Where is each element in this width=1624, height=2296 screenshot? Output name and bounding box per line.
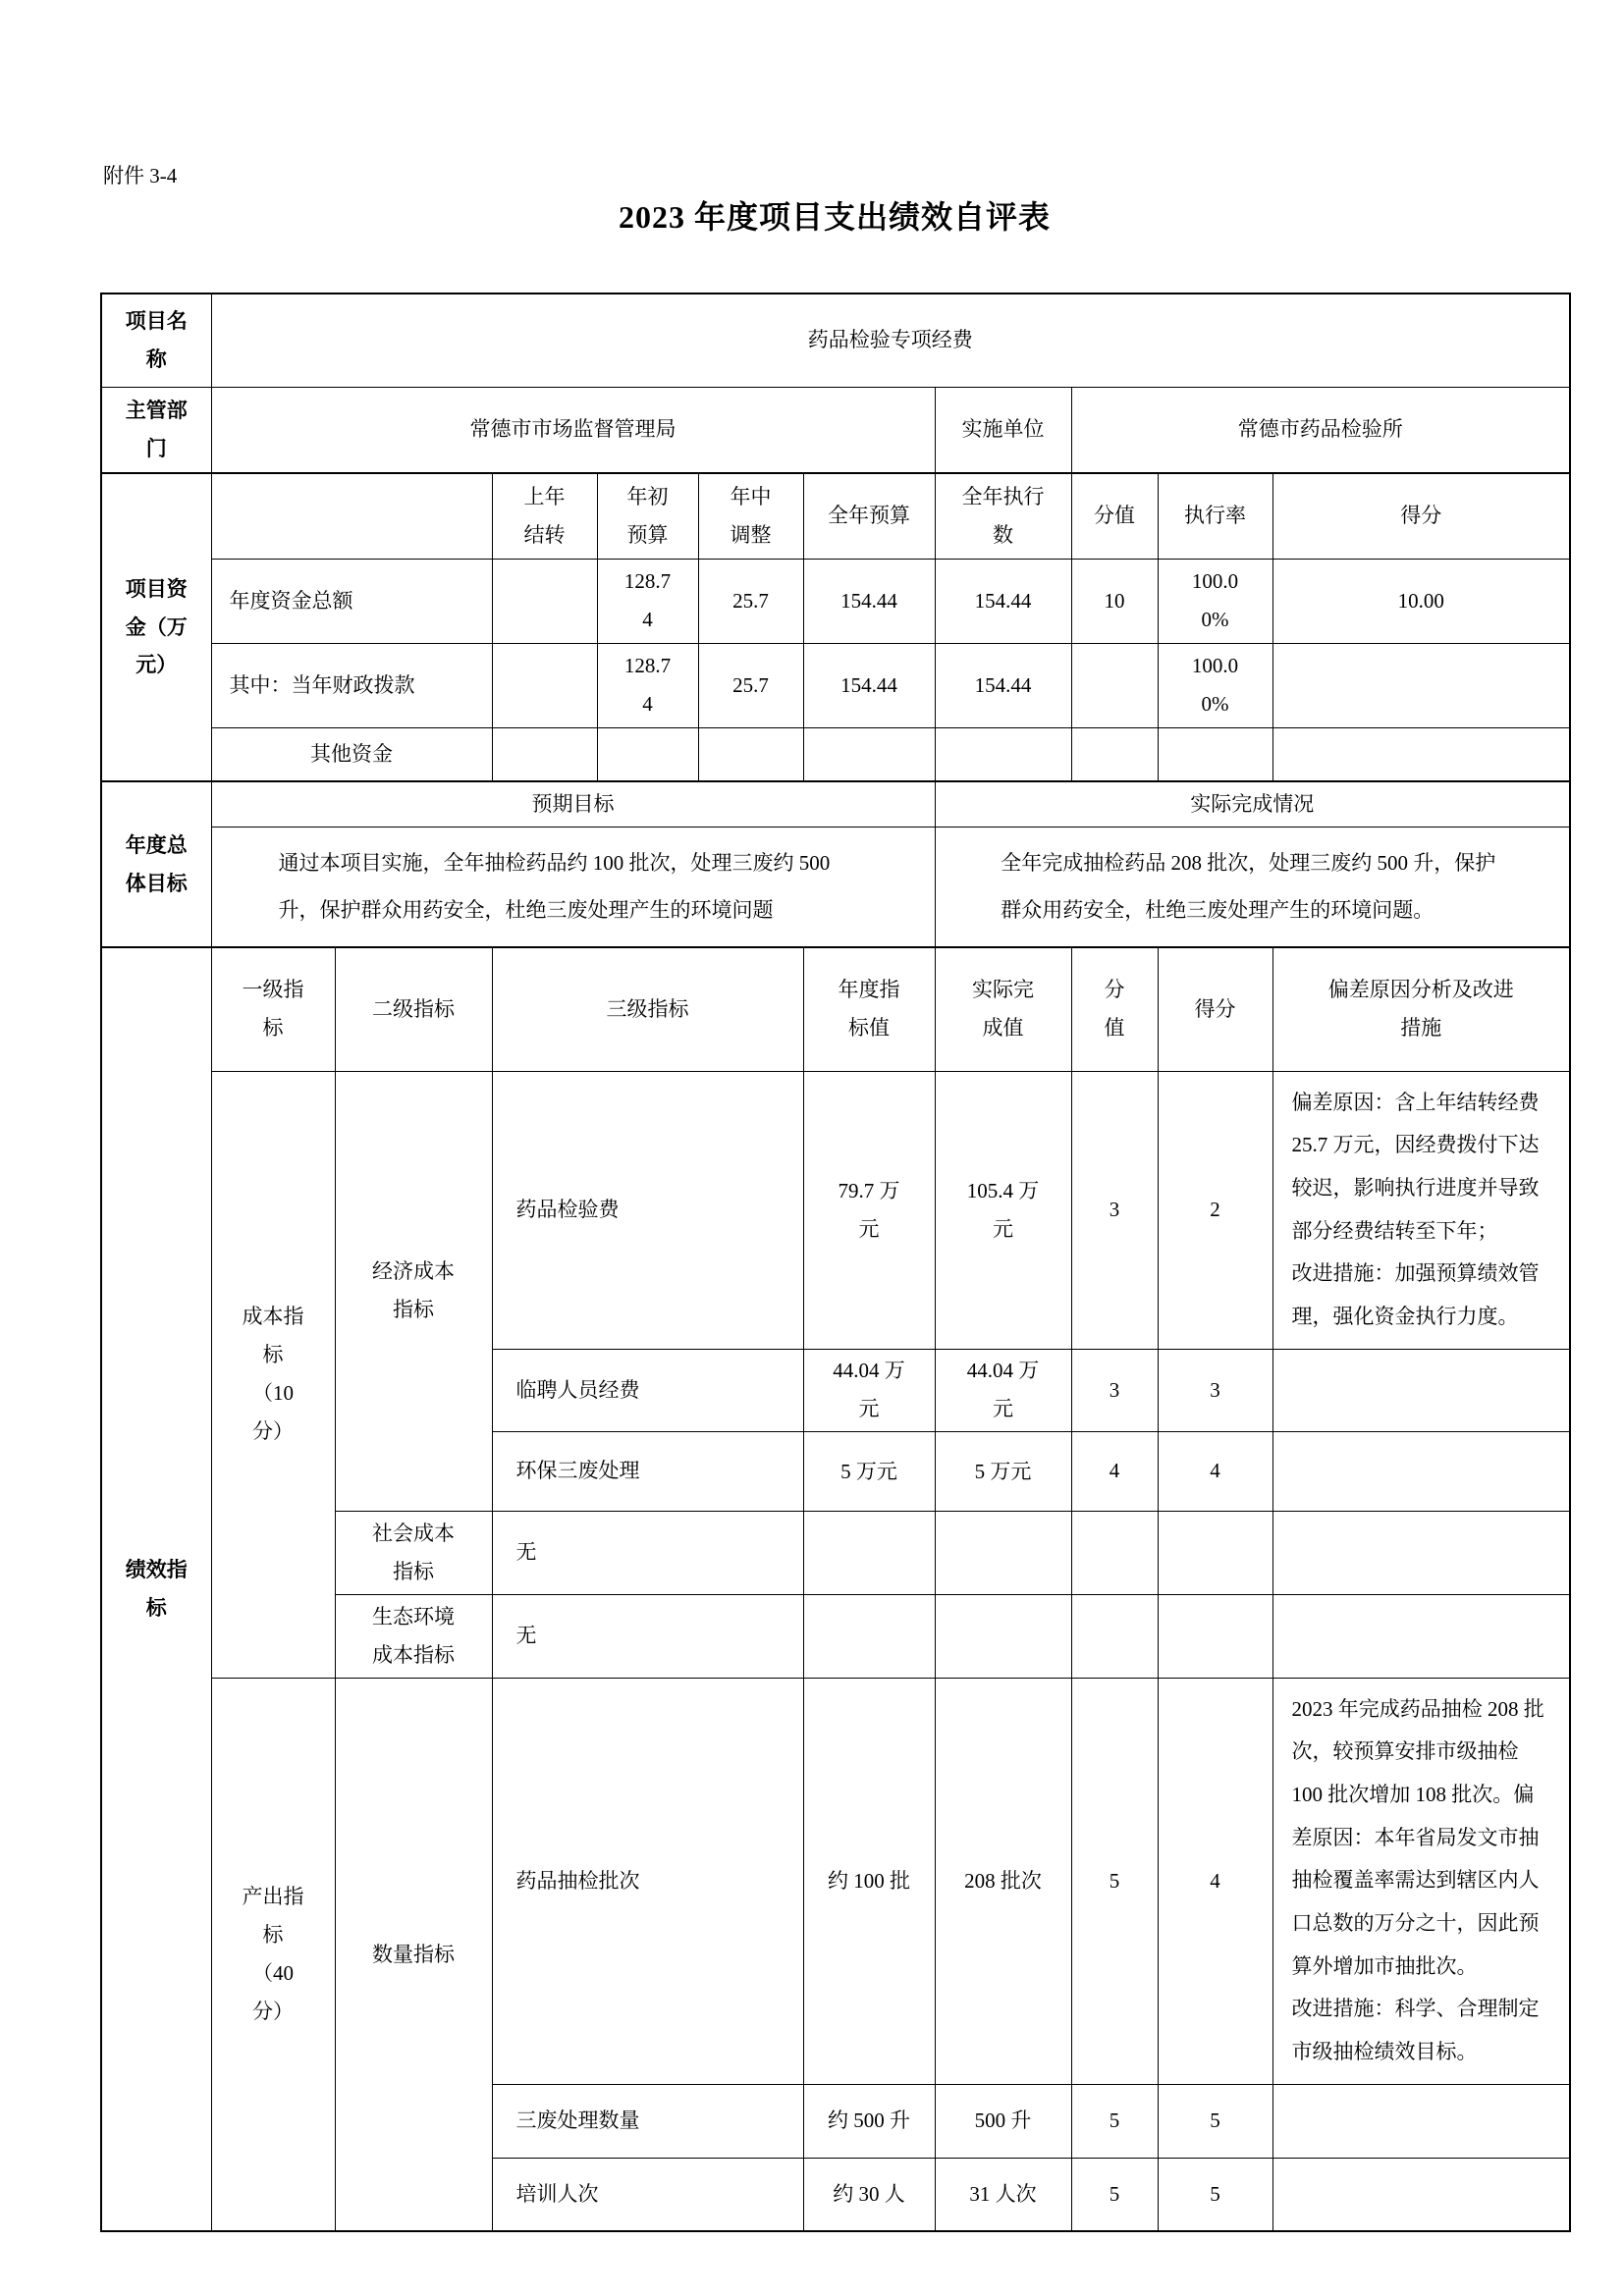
indicator-score: 2 [1158, 1071, 1272, 1349]
fund-section-label: 项目资金（万元） [124, 570, 189, 685]
fund-other-name: 其他资金 [211, 727, 492, 781]
indicator-target: 约 30 人 [803, 2158, 935, 2231]
project-name-label-cell: 项目名称 [101, 294, 211, 387]
indicator-target: 79.7 万元 [803, 1071, 935, 1349]
fund-col-annual-budget: 全年预算 [803, 473, 935, 559]
indicator-score [1158, 1511, 1272, 1594]
goal-expected-cell: 通过本项目实施，全年抽检药品约 100 批次，处理三废约 500 升，保护群众用… [211, 827, 935, 947]
fund-total-carryover [492, 559, 597, 643]
indicator-target [803, 1594, 935, 1678]
goal-expected-text: 通过本项目实施，全年抽检药品约 100 批次，处理三废约 500 升，保护群众用… [279, 839, 868, 934]
indicator-actual: 44.04 万元 [935, 1349, 1071, 1431]
level2-quantity-label: 数量指标 [372, 1936, 455, 1974]
fund-fiscal-executed: 154.44 [935, 643, 1071, 727]
project-name-row: 项目名称 药品检验专项经费 [101, 294, 1570, 387]
fund-other-score-value [1071, 727, 1158, 781]
fund-fiscal-initial: 128.74 [597, 643, 698, 727]
indicator-target [803, 1511, 935, 1594]
fund-total-row: 年度资金总额 128.74 25.7 154.44 154.44 10 100.… [101, 559, 1570, 643]
fund-other-row: 其他资金 [101, 727, 1570, 781]
indicator-score [1158, 1594, 1272, 1678]
goal-actual-text: 全年完成抽检药品 208 批次，处理三废约 500 升，保护群众用药安全，杜绝三… [1001, 839, 1503, 934]
level2-social-label: 社会成本指标 [370, 1515, 457, 1591]
page-title: 2023 年度项目支出绩效自评表 [100, 192, 1569, 238]
indicator-section-label-cell: 绩效指标 [101, 947, 211, 2231]
indicator-actual [935, 1594, 1071, 1678]
level2-social-cell: 社会成本指标 [335, 1511, 492, 1594]
impl-value: 常德市药品检验所 [1071, 387, 1570, 473]
indicator-score: 4 [1158, 1431, 1272, 1511]
indicator-col-target: 年度指标值 [803, 947, 935, 1071]
fund-fiscal-name: 其中：当年财政拨款 [211, 643, 492, 727]
fund-total-score-value: 10 [1071, 559, 1158, 643]
fund-total-name: 年度资金总额 [211, 559, 492, 643]
fund-col-score-value: 分值 [1071, 473, 1158, 559]
attachment-label: 附件 3-4 [103, 160, 177, 189]
fund-total-budget: 154.44 [803, 559, 935, 643]
level1-output-label: 产出指标 （40 分） [241, 1878, 305, 2030]
indicator-target: 约 100 批 [803, 1678, 935, 2084]
fund-total-adjust: 25.7 [698, 559, 803, 643]
indicator-name: 药品检验费 [492, 1071, 803, 1349]
indicator-col-level3: 三级指标 [492, 947, 803, 1071]
level2-quantity-cell: 数量指标 [335, 1678, 492, 2231]
level1-cost-label: 成本指标 （10 分） [241, 1298, 305, 1450]
fund-header-row: 项目资金（万元） 上年结转 年初预算 年中调整 全年预算 全年执行数 分值 执行… [101, 473, 1570, 559]
fund-col-midyear-adjust: 年中调整 [698, 473, 803, 559]
fund-fiscal-score [1272, 643, 1570, 727]
indicator-deviation [1272, 1511, 1570, 1594]
indicator-target: 5 万元 [803, 1431, 935, 1511]
indicator-col-level2: 二级指标 [335, 947, 492, 1071]
indicator-score-value: 4 [1071, 1431, 1158, 1511]
dept-label-cell: 主管部门 [101, 387, 211, 473]
fund-other-initial [597, 727, 698, 781]
indicator-actual: 5 万元 [935, 1431, 1071, 1511]
fund-other-executed [935, 727, 1071, 781]
impl-label: 实施单位 [935, 387, 1071, 473]
indicator-score-value: 5 [1071, 1678, 1158, 2084]
indicator-row-sampling: 产出指标 （40 分） 数量指标 药品抽检批次 约 100 批 208 批次 5… [101, 1678, 1570, 2084]
indicator-name: 药品抽检批次 [492, 1678, 803, 2084]
indicator-score: 4 [1158, 1678, 1272, 2084]
level2-economic-cell: 经济成本指标 [335, 1071, 492, 1511]
fund-other-adjust [698, 727, 803, 781]
fund-section-label-cell: 项目资金（万元） [101, 473, 211, 781]
self-evaluation-table: 项目名称 药品检验专项经费 主管部门 常德市市场监督管理局 实施单位 常德市药品… [100, 293, 1571, 2232]
indicator-target: 约 500 升 [803, 2084, 935, 2158]
dept-value: 常德市市场监督管理局 [211, 387, 935, 473]
indicator-actual [935, 1511, 1071, 1594]
indicator-deviation [1272, 1349, 1570, 1431]
fund-other-score [1272, 727, 1570, 781]
indicator-score-value: 5 [1071, 2084, 1158, 2158]
indicator-section-label: 绩效指标 [124, 1551, 189, 1628]
document-page: 附件 3-4 2023 年度项目支出绩效自评表 项目名称 药品检验专项经费 主管… [0, 0, 1624, 2296]
department-row: 主管部门 常德市市场监督管理局 实施单位 常德市药品检验所 [101, 387, 1570, 473]
level2-eco-cell: 生态环境成本指标 [335, 1594, 492, 1678]
fund-col-score: 得分 [1272, 473, 1570, 559]
indicator-name: 无 [492, 1594, 803, 1678]
indicator-deviation: 2023 年完成药品抽检 208 批次，较预算安排市级抽检 100 批次增加 1… [1272, 1678, 1570, 2084]
goal-actual-label: 实际完成情况 [935, 781, 1570, 827]
indicator-actual: 105.4 万元 [935, 1071, 1071, 1349]
indicator-row-inspection-fee: 成本指标 （10 分） 经济成本指标 药品检验费 79.7 万元 105.4 万… [101, 1071, 1570, 1349]
indicator-col-score: 得分 [1158, 947, 1272, 1071]
indicator-score-value [1071, 1594, 1158, 1678]
indicator-deviation [1272, 2084, 1570, 2158]
indicator-header-row: 绩效指标 一级指标 二级指标 三级指标 年度指标值 实际完成值 分值 得分 偏差… [101, 947, 1570, 1071]
project-name-label: 项目名称 [124, 302, 189, 379]
fund-total-executed: 154.44 [935, 559, 1071, 643]
fund-other-rate [1158, 727, 1272, 781]
fund-total-rate: 100.00% [1158, 559, 1272, 643]
fund-total-score: 10.00 [1272, 559, 1570, 643]
level2-eco-label: 生态环境成本指标 [370, 1598, 457, 1675]
fund-fiscal-row: 其中：当年财政拨款 128.74 25.7 154.44 154.44 100.… [101, 643, 1570, 727]
indicator-target: 44.04 万元 [803, 1349, 935, 1431]
indicator-score: 5 [1158, 2158, 1272, 2231]
fund-total-initial: 128.74 [597, 559, 698, 643]
level1-output-cell: 产出指标 （40 分） [211, 1678, 335, 2231]
indicator-score-value: 5 [1071, 2158, 1158, 2231]
goal-expected-label: 预期目标 [211, 781, 935, 827]
goal-actual-cell: 全年完成抽检药品 208 批次，处理三废约 500 升，保护群众用药安全，杜绝三… [935, 827, 1570, 947]
indicator-col-actual: 实际完成值 [935, 947, 1071, 1071]
indicator-score-value [1071, 1511, 1158, 1594]
dept-label: 主管部门 [124, 392, 189, 468]
fund-col-carryover: 上年结转 [492, 473, 597, 559]
indicator-score-value: 3 [1071, 1349, 1158, 1431]
fund-fiscal-rate: 100.00% [1158, 643, 1272, 727]
indicator-score: 5 [1158, 2084, 1272, 2158]
fund-fiscal-score-value [1071, 643, 1158, 727]
indicator-name: 环保三废处理 [492, 1431, 803, 1511]
level1-cost-cell: 成本指标 （10 分） [211, 1071, 335, 1678]
indicator-name: 无 [492, 1511, 803, 1594]
fund-other-carryover [492, 727, 597, 781]
indicator-deviation [1272, 1594, 1570, 1678]
fund-fiscal-carryover [492, 643, 597, 727]
indicator-col-level1: 一级指标 [211, 947, 335, 1071]
goal-section-label: 年度总体目标 [124, 827, 189, 903]
fund-fiscal-adjust: 25.7 [698, 643, 803, 727]
fund-fiscal-budget: 154.44 [803, 643, 935, 727]
indicator-actual: 208 批次 [935, 1678, 1071, 2084]
indicator-score: 3 [1158, 1349, 1272, 1431]
indicator-col-score-value: 分值 [1071, 947, 1158, 1071]
indicator-col-deviation: 偏差原因分析及改进措施 [1272, 947, 1570, 1071]
indicator-name: 三废处理数量 [492, 2084, 803, 2158]
indicator-deviation: 偏差原因：含上年结转经费 25.7 万元，因经费拨付下达较迟，影响执行进度并导致… [1272, 1071, 1570, 1349]
goal-content-row: 通过本项目实施，全年抽检药品约 100 批次，处理三废约 500 升，保护群众用… [101, 827, 1570, 947]
indicator-name: 培训人次 [492, 2158, 803, 2231]
indicator-deviation [1272, 2158, 1570, 2231]
indicator-actual: 31 人次 [935, 2158, 1071, 2231]
fund-col-execution-rate: 执行率 [1158, 473, 1272, 559]
fund-col-initial-budget: 年初预算 [597, 473, 698, 559]
indicator-score-value: 3 [1071, 1071, 1158, 1349]
goal-header-row: 年度总体目标 预期目标 实际完成情况 [101, 781, 1570, 827]
fund-other-budget [803, 727, 935, 781]
fund-header-empty [211, 473, 492, 559]
indicator-name: 临聘人员经费 [492, 1349, 803, 1431]
fund-col-executed: 全年执行数 [935, 473, 1071, 559]
indicator-deviation [1272, 1431, 1570, 1511]
indicator-actual: 500 升 [935, 2084, 1071, 2158]
project-name-value: 药品检验专项经费 [211, 294, 1570, 387]
level2-economic-label: 经济成本指标 [370, 1253, 457, 1329]
goal-section-label-cell: 年度总体目标 [101, 781, 211, 947]
